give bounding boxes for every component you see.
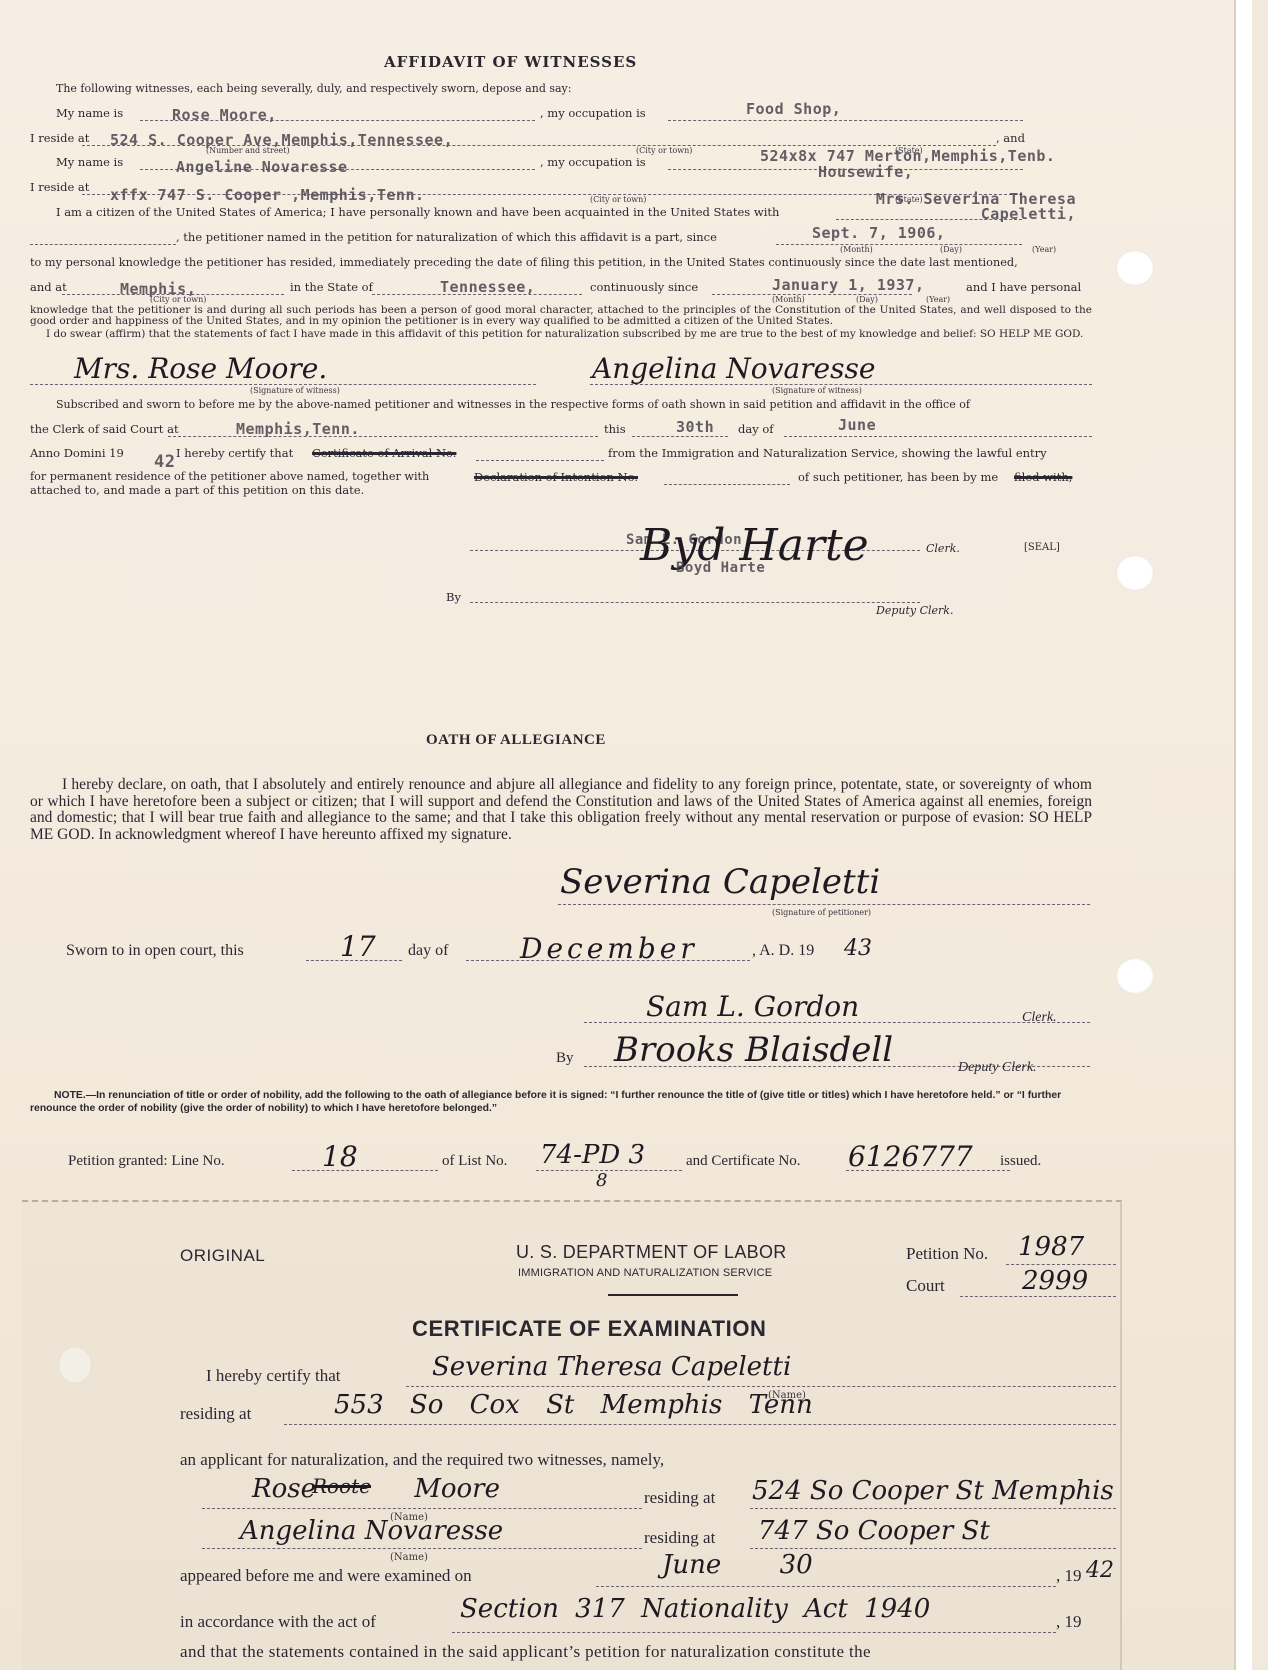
sworn-label: Sworn to in open court, this — [66, 942, 244, 960]
witness1-signature-line — [30, 384, 536, 385]
personal-label: and I have personal — [966, 280, 1081, 294]
naturalization-document-page: AFFIDAVIT OF WITNESSES The following wit… — [0, 0, 1252, 1670]
witness1-name-line — [202, 1508, 642, 1509]
certify-label: I hereby certify that — [176, 446, 293, 460]
oath-clerk-signature: Sam L. Gordon — [646, 990, 859, 1023]
line-no-value: 18 — [322, 1140, 358, 1173]
issued-label: issued. — [1000, 1153, 1041, 1170]
applicant-address-value: 553 So Cox St Memphis Tenn — [334, 1390, 813, 1420]
witness2-occupation-label: , my occupation is — [540, 155, 646, 169]
witness2-name-label: My name is — [56, 155, 123, 169]
certificate-arrival-struck: Certificate of Arrival No. — [312, 446, 456, 460]
punch-hole-top — [1116, 250, 1154, 286]
petition-no-label: Petition No. — [906, 1244, 988, 1264]
witness2-residing-label: residing at — [644, 1528, 715, 1548]
oath-text: I hereby declare, on oath, that I absolu… — [30, 777, 1092, 843]
court-no-value: 2999 — [1022, 1266, 1088, 1296]
oath-clerk-line — [584, 1022, 1090, 1023]
petitioner-signature-line — [558, 904, 1090, 905]
court-no-line — [960, 1296, 1116, 1297]
arrival-no-line — [476, 460, 604, 461]
witness2-city-label: (City or town) — [590, 195, 646, 204]
sworn-ad-label: , A. D. 19 — [752, 942, 814, 960]
applicant-name-value: Severina Theresa Capeletti — [432, 1352, 791, 1382]
petition-no-value: 1987 — [1018, 1232, 1084, 1262]
this-label: this — [604, 422, 626, 436]
clerk-court-label: the Clerk of said Court at — [30, 422, 179, 436]
continuously-since-label: continuously since — [590, 280, 698, 294]
oath-title: OATH OF ALLEGIANCE — [426, 732, 606, 749]
witness2-residence-value: xffx 747 S. Cooper ,Memphis,Tenn. — [110, 186, 425, 204]
since-day-label: (Day) — [940, 245, 962, 254]
exam-date-line — [596, 1586, 1056, 1587]
department-rule — [608, 1294, 738, 1296]
attached-statement: attached to, and made a part of this pet… — [30, 483, 364, 497]
sworn-day-of-label: day of — [408, 942, 448, 960]
anno-domini-year: 42 — [154, 452, 175, 472]
knowledge-statement: knowledge that the petitioner is and dur… — [30, 305, 1092, 327]
list-no-label: of List No. — [442, 1153, 507, 1170]
act-line — [452, 1632, 1056, 1633]
residence-statement: to my personal knowledge the petitioner … — [30, 256, 1018, 269]
line-no-line — [292, 1170, 438, 1171]
seal-label: [SEAL] — [1024, 542, 1060, 553]
witness2-occupation-value: Housewife, — [818, 163, 913, 181]
certificate-no-label: and Certificate No. — [686, 1153, 801, 1170]
continuous-month-label: (Month) — [772, 295, 805, 304]
and-at-label: and at — [30, 280, 67, 294]
slip-punch-hole — [58, 1346, 92, 1384]
petitioner-name-value: Mrs. Severina Theresa Capeletti, — [846, 192, 1076, 222]
day-of-label: day of — [738, 422, 774, 436]
sworn-month-value: December — [520, 932, 698, 965]
witness1-occupation-line — [668, 120, 1023, 121]
certify-label: I hereby certify that — [206, 1366, 341, 1386]
swear-statement: I do swear (affirm) that the statements … — [30, 329, 1092, 340]
declaration-no-line — [664, 484, 790, 485]
service-label: IMMIGRATION AND NATURALIZATION SERVICE — [518, 1267, 772, 1279]
witness1-signature-label: (Signature of witness) — [250, 386, 340, 395]
page-right-edge — [1234, 0, 1252, 1670]
nobility-note: NOTE.—In renunciation of title or order … — [30, 1089, 1094, 1115]
sworn-year-value: 43 — [844, 936, 872, 961]
applicant-address-line — [284, 1424, 1116, 1425]
certificate-no-value: 6126777 — [848, 1140, 973, 1173]
witness2-address-value: 747 So Cooper St — [758, 1516, 990, 1546]
continuous-day-label: (Day) — [856, 295, 878, 304]
exam-date-value: June 30 — [662, 1550, 813, 1580]
filed-with-struck: filed with, — [1014, 470, 1072, 484]
witness2-reside-label: I reside at — [30, 180, 89, 194]
witness1-reside-label: I reside at — [30, 131, 89, 145]
oath-text-block: I hereby declare, on oath, that I absolu… — [30, 777, 1092, 843]
citizen-statement: I am a citizen of the United States of A… — [56, 205, 779, 219]
act-value: Section 317 Nationality Act 1940 — [460, 1594, 930, 1624]
permanent-statement: for permanent residence of the petitione… — [30, 470, 429, 483]
certificate-title: CERTIFICATE OF EXAMINATION — [412, 1316, 767, 1342]
act-year-prefix: , 19 — [1056, 1612, 1082, 1632]
punch-hole-middle — [1116, 555, 1154, 591]
oath-deputy-signature: Brooks Blaisdell — [614, 1030, 893, 1070]
exam-year-prefix: , 19 — [1056, 1566, 1082, 1586]
oath-deputy-label: Deputy Clerk. — [958, 1060, 1037, 1076]
court-city-value: Memphis,Tenn. — [236, 420, 360, 438]
petition-no-line — [1006, 1264, 1116, 1265]
witness2-name-line — [202, 1548, 642, 1549]
witness1-number-street-label: (Number and street) — [206, 146, 290, 155]
month-value: June — [838, 416, 876, 434]
department-label: U. S. DEPARTMENT OF LABOR — [516, 1242, 787, 1263]
petitioner-signature: Severina Capeletti — [560, 862, 880, 902]
witness2-signature: Angelina Novaresse — [592, 352, 875, 385]
deputy-line — [470, 602, 920, 603]
day-value: 30th — [676, 418, 714, 436]
statements-text: and that the statements contained in the… — [180, 1642, 871, 1662]
court-city-line — [168, 436, 598, 437]
clerk-label: Clerk. — [926, 542, 960, 555]
witness1-and-label: , and — [996, 131, 1025, 145]
punch-hole-bottom — [1116, 958, 1154, 994]
witness2-signature-line — [590, 384, 1092, 385]
applicant-statement: an applicant for naturalization, and the… — [180, 1450, 664, 1470]
witness1-name-value: Rose Moore — [252, 1474, 500, 1504]
witness2-name-value: Angeline Novaresse — [176, 158, 348, 176]
in-state-label: in the State of — [290, 280, 373, 294]
continuous-year-label: (Year) — [926, 295, 950, 304]
applicant-name-line — [406, 1386, 1116, 1387]
sworn-day-value: 17 — [340, 930, 376, 963]
witness1-city-label: (City or town) — [636, 146, 692, 155]
court-label: Court — [906, 1276, 945, 1296]
deputy-clerk-label: Deputy Clerk. — [876, 604, 953, 617]
since-date-value: Sept. 7, 1906, — [812, 224, 945, 242]
witness2-name-value: Angelina Novaresse — [240, 1516, 503, 1546]
petitioner-statement: , the petitioner named in the petition f… — [176, 230, 717, 244]
accordance-label: in accordance with the act of — [180, 1612, 376, 1632]
from-ins-statement: from the Immigration and Naturalization … — [608, 446, 1047, 460]
witness2-address-line — [750, 1548, 1116, 1549]
continuous-date-line — [712, 294, 912, 295]
by-label: By — [446, 590, 461, 604]
witness2-name-label: (Name) — [390, 1552, 428, 1563]
witness1-address-value: 524 So Cooper St Memphis — [752, 1476, 1114, 1506]
residing-label: residing at — [180, 1404, 251, 1424]
since-year-label: (Year) — [1032, 245, 1056, 254]
list-no-sub-value: 8 — [596, 1170, 607, 1191]
list-no-line — [536, 1170, 682, 1171]
appeared-label: appeared before me and were examined on — [180, 1566, 472, 1586]
affidavit-title: AFFIDAVIT OF WITNESSES — [384, 53, 637, 71]
witness1-name-label: My name is — [56, 106, 123, 120]
declaration-struck: Declaration of Intention No. — [474, 470, 638, 484]
witness2-signature-label: (Signature of witness) — [772, 386, 862, 395]
deputy-typed-name: Boyd Harte — [676, 560, 765, 576]
city-or-town-label: (City or town) — [150, 295, 206, 304]
exam-year-value: 42 — [1086, 1558, 1114, 1583]
state-value: Tennessee, — [440, 278, 535, 296]
anno-domini-label: Anno Domini 19 — [30, 446, 124, 460]
witness1-occupation-label: , my occupation is — [540, 106, 646, 120]
witness1-signature: Mrs. Rose Moore. — [74, 352, 327, 385]
day-line — [632, 436, 728, 437]
petitioner-prefix-line — [30, 244, 176, 245]
since-date-line — [776, 244, 1022, 245]
original-label: ORIGINAL — [180, 1246, 265, 1266]
list-no-value: 74-PD 3 — [540, 1140, 645, 1170]
since-month-label: (Month) — [840, 245, 873, 254]
subscribed-statement: Subscribed and sworn to before me by the… — [56, 398, 970, 411]
witness1-name-value: Rose Moore, — [172, 106, 277, 124]
petitioner-signature-label: (Signature of petitioner) — [772, 908, 871, 917]
certificate-of-examination-slip: ORIGINAL U. S. DEPARTMENT OF LABOR IMMIG… — [22, 1200, 1122, 1670]
month-line — [784, 436, 1092, 437]
witness1-address-line — [750, 1508, 1116, 1509]
such-petitioner-statement: of such petitioner, has been by me — [798, 470, 998, 484]
affidavit-intro: The following witnesses, each being seve… — [56, 82, 571, 95]
witness1-residing-label: residing at — [644, 1488, 715, 1508]
petition-granted-label: Petition granted: Line No. — [68, 1153, 225, 1170]
oath-by-label: By — [556, 1050, 574, 1067]
oath-clerk-label: Clerk. — [1022, 1010, 1057, 1026]
witness1-struck-name: Roote — [312, 1474, 371, 1498]
witness1-occupation-value: Food Shop, — [746, 100, 841, 118]
continuous-date-value: January 1, 1937, — [772, 276, 925, 294]
